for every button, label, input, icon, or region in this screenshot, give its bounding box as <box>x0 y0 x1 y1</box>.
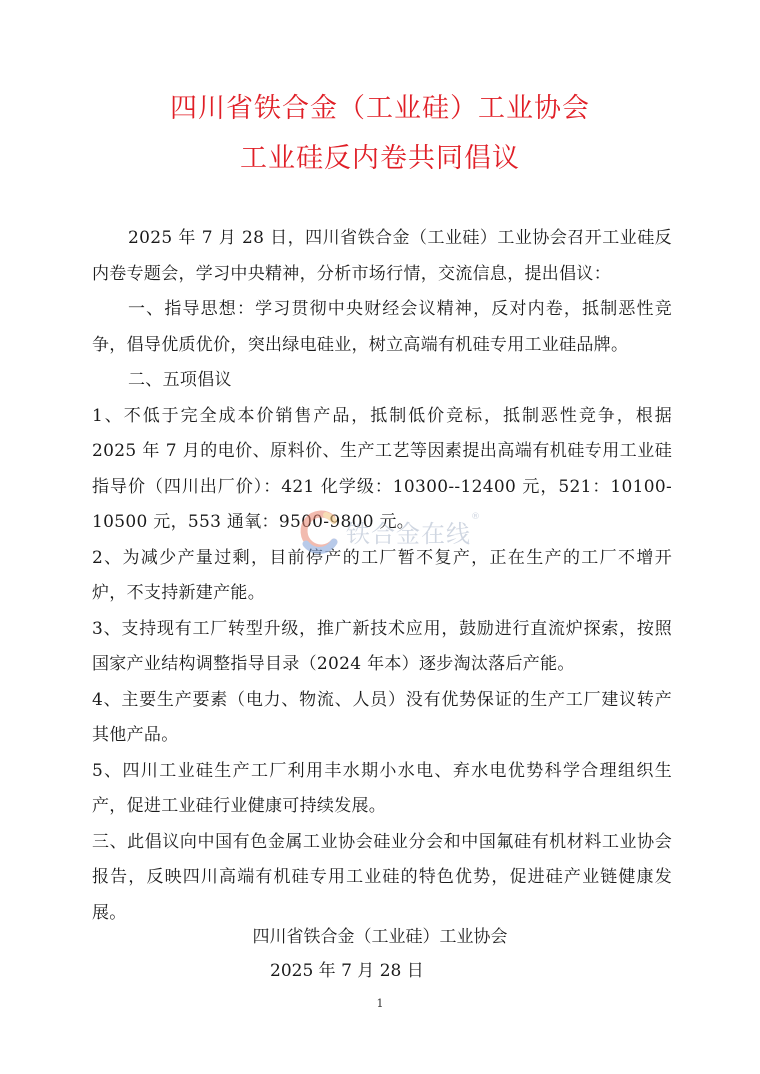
document-body: 2025 年 7 月 28 日，四川省铁合金（工业硅）工业协会召开工业硅反内卷专… <box>92 221 672 931</box>
paragraph-proposal-4: 4、主要生产要素（电力、物流、人员）没有优势保证的生产工厂建议转产其他产品。 <box>92 683 672 754</box>
paragraph-five-proposals-heading: 二、五项倡议 <box>92 363 672 399</box>
signature-date: 2025 年 7 月 28 日 <box>270 956 424 981</box>
document-page: 四川省铁合金（工业硅）工业协会 工业硅反内卷共同倡议 2025 年 7 月 28… <box>0 0 760 1074</box>
paragraph-guiding-thought: 一、指导思想：学习贯彻中央财经会议精神，反对内卷，抵制恶性竞争，倡导优质优价，突… <box>92 292 672 363</box>
page-number: 1 <box>0 997 760 1010</box>
document-title-line2: 工业硅反内卷共同倡议 <box>0 136 760 175</box>
paragraph-proposal-3: 3、支持现有工厂转型升级，推广新技术应用，鼓励进行直流炉探索，按照国家产业结构调… <box>92 612 672 683</box>
signature-organization: 四川省铁合金（工业硅）工业协会 <box>0 922 760 947</box>
paragraph-intro: 2025 年 7 月 28 日，四川省铁合金（工业硅）工业协会召开工业硅反内卷专… <box>92 221 672 292</box>
paragraph-report: 三、此倡议向中国有色金属工业协会硅业分会和中国氟硅有机材料工业协会报告，反映四川… <box>92 825 672 932</box>
paragraph-proposal-1: 1、不低于完全成本价销售产品，抵制低价竞标，抵制恶性竞争，根据 2025 年 7… <box>92 399 672 541</box>
paragraph-proposal-2: 2、为减少产量过剩，目前停产的工厂暂不复产，正在生产的工厂不增开炉，不支持新建产… <box>92 541 672 612</box>
document-title-line1: 四川省铁合金（工业硅）工业协会 <box>0 86 760 125</box>
paragraph-proposal-5: 5、四川工业硅生产工厂利用丰水期小水电、弃水电优势科学合理组织生产，促进工业硅行… <box>92 754 672 825</box>
